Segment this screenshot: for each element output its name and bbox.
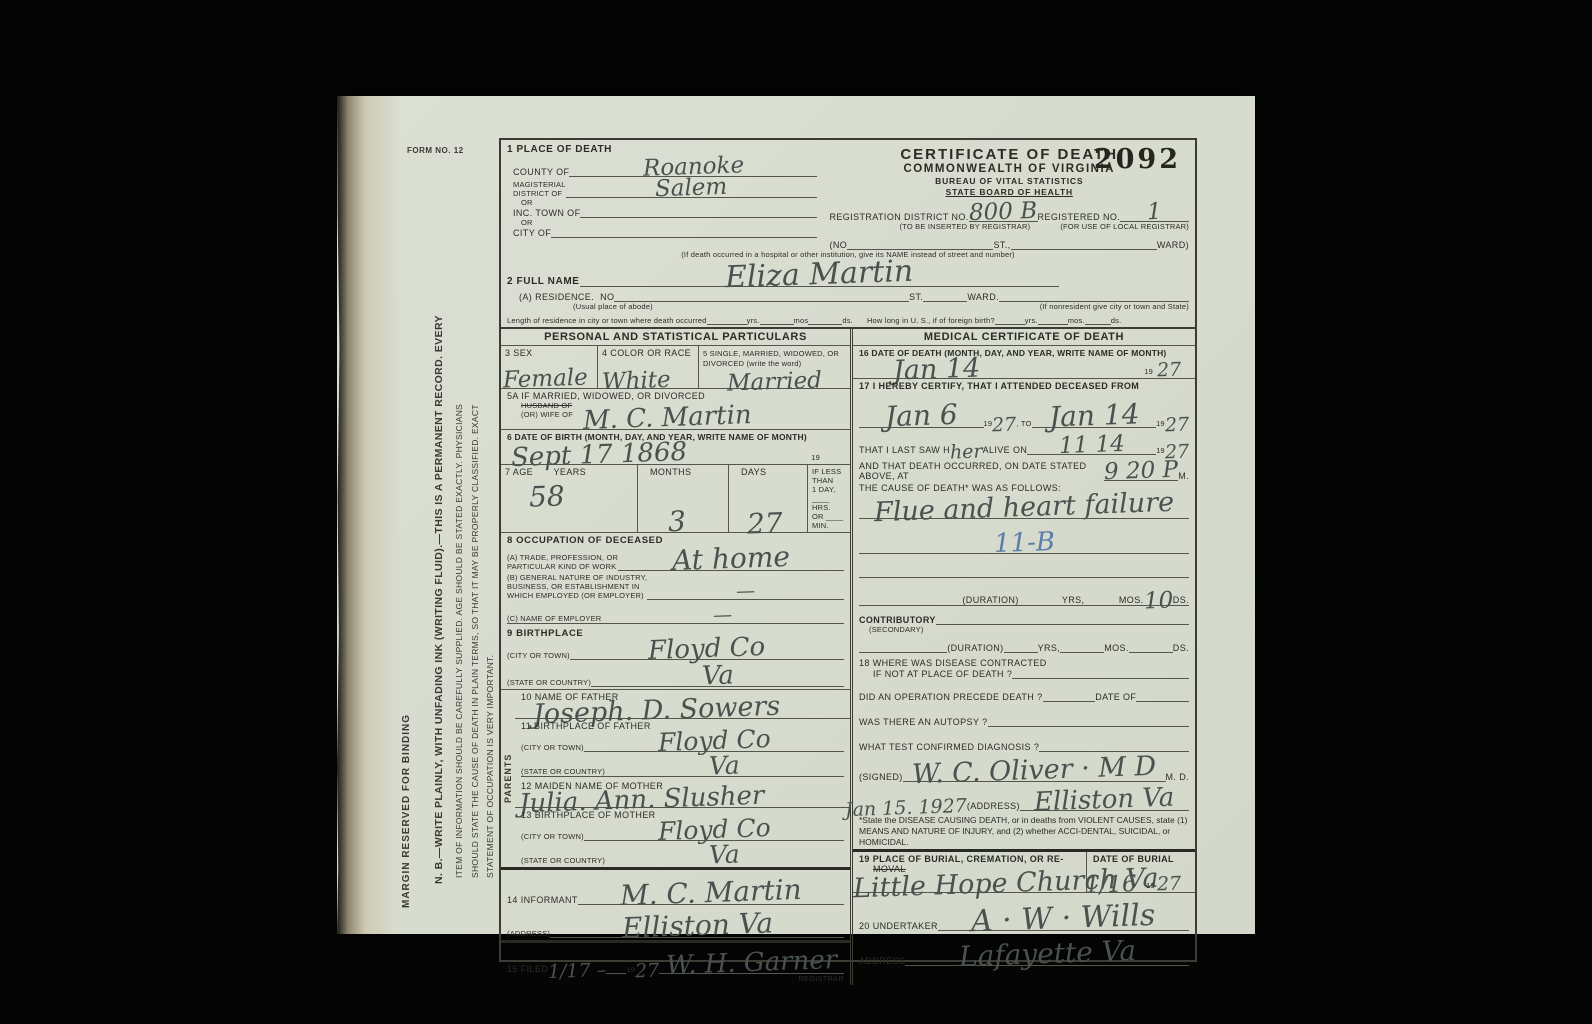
informant-address-value: Elliston Va (621, 912, 773, 940)
personal-particulars-column: PERSONAL AND STATISTICAL PARTICULARS 3 S… (501, 329, 850, 985)
attended-to-year: 27 (1165, 417, 1190, 433)
undertaker-row: 20 UNDERTAKER A · W · Wills ADDRESS Lafa… (853, 893, 1195, 968)
marital-cell: 5 SINGLE, MARRIED, WIDOWED, OR DIVORCED … (698, 346, 850, 388)
margin-nb-line4: STATEMENT OF OCCUPATION IS VERY IMPORTAN… (485, 655, 495, 878)
contributory-label: CONTRIBUTORY (859, 615, 936, 625)
attended-from-year: 27 (992, 417, 1017, 433)
abode-note: (Usual place of abode) (573, 302, 653, 311)
informant-address-label: (ADDRESS) (507, 929, 550, 938)
filed-year-value: 27 (635, 963, 660, 979)
occupation-row: 8 OCCUPATION OF DECEASED (A) TRADE, PROF… (501, 533, 850, 626)
yrs-label: yrs. (747, 316, 760, 325)
bp-city-value: Floyd Co (648, 637, 766, 662)
certificate-form: 1 PLACE OF DEATH COUNTY OF Roanoke MAGIS… (499, 138, 1197, 962)
dob-year-prefix: 19 (811, 453, 820, 462)
city-line (551, 227, 817, 238)
ds-label: ds. (842, 316, 853, 325)
undertaker-label: 20 UNDERTAKER (859, 921, 938, 931)
secondary-label: (SECONDARY) (869, 625, 1189, 634)
spouse-value: M. C. Martin (583, 405, 752, 432)
county-label: COUNTY OF (513, 167, 569, 177)
st-line (1011, 239, 1157, 250)
inc-town-line (580, 207, 817, 218)
certificate-paper: FORM NO. 12 MARGIN RESERVED FOR BINDING … (337, 96, 1255, 934)
registered-no-label: REGISTERED NO. (1038, 212, 1121, 222)
magisterial-label: MAGISTERIAL DISTRICT OF (513, 180, 566, 198)
occupation-line: At home (618, 548, 844, 571)
length-residence-label: Length of residence in city or town wher… (507, 316, 707, 325)
undertaker-address-label: ADDRESS (859, 956, 905, 966)
date-of-death-row: 16 DATE OF DEATH (MONTH, DAY, AND YEAR, … (853, 346, 1195, 379)
yrs2-label: yrs. (1025, 316, 1038, 325)
personal-header: PERSONAL AND STATISTICAL PARTICULARS (501, 329, 850, 346)
undertaker-address-value: Lafayette Va (958, 940, 1136, 969)
registrar-signature: W. H. Garner (666, 950, 838, 977)
last-saw-pronoun: her (950, 444, 983, 460)
filed-row: 15 FILED 1/17 – 19 27 W. H. Garner REGIS… (501, 943, 850, 985)
age-days-cell: DAYS 27 (728, 465, 807, 532)
registration-district-value: 800 B (969, 202, 1038, 223)
signed-label: (SIGNED) (859, 772, 903, 782)
city-label: CITY OF (513, 228, 551, 238)
margin-nb-line2: ITEM OF INFORMATION SHOULD BE CAREFULLY … (454, 404, 464, 878)
last-saw-date-value: 11 14 (1058, 435, 1124, 456)
no-paren-label: (NO (829, 240, 847, 250)
ward-paren-label: WARD) (1157, 240, 1189, 250)
residence-ward-line (999, 291, 1189, 302)
residence-no-label: NO (600, 292, 614, 302)
informant-value: M. C. Martin (620, 879, 802, 908)
margin-nb-line1: N. B.—WRITE PLAINLY, WITH UNFADING INK (… (433, 315, 445, 884)
industry-value: — (736, 584, 756, 600)
full-name-line: Eliza Martin (580, 263, 1059, 287)
district-line: Salem (566, 179, 818, 198)
industry-line: — (647, 584, 844, 600)
mos-label: mos (794, 316, 809, 325)
employer-value: — (713, 608, 733, 624)
dod-year-value: 27 (1157, 362, 1182, 378)
dob-row: 6 DATE OF BIRTH (MONTH, DAY, AND YEAR, W… (501, 430, 850, 465)
informant-row: 14 INFORMANT M. C. Martin (ADDRESS) Elli… (501, 870, 850, 940)
board-line: STATE BOARD OF HEALTH (823, 187, 1195, 197)
burial-date-value: 1/16 (1085, 875, 1137, 895)
mother-bp-row: 13 BIRTHPLACE OF MOTHER (CITY OR TOWN) F… (515, 808, 850, 867)
bp-city-label: (CITY OR TOWN) (507, 651, 570, 660)
father-row: 10 NAME OF FATHER Joseph. D. Sowers (515, 690, 850, 719)
color-cell: 4 COLOR OR RACE White (597, 346, 698, 388)
bp-city-line: Floyd Co (570, 639, 844, 660)
residence-no-line (614, 291, 909, 302)
bp-state-label: (STATE OR COUNTRY) (507, 678, 591, 687)
foreign-birth-label: How long in U. S., if of foreign birth? (867, 316, 995, 325)
physician-signature: W. C. Oliver · M D (912, 756, 1157, 786)
residence-ward-label: WARD. (967, 292, 999, 302)
autopsy-label: WAS THERE AN AUTOPSY ? (859, 717, 988, 727)
medical-certificate-column: MEDICAL CERTIFICATE OF DEATH 16 DATE OF … (850, 329, 1195, 985)
place-of-death-heading: 1 PLACE OF DEATH (507, 144, 823, 155)
certify-row: 17 I HEREBY CERTIFY, THAT I ATTENDED DEC… (853, 379, 1195, 495)
age-years-value: 58 (529, 485, 565, 509)
nonresident-note: (If nonresident give city or town and St… (1040, 302, 1189, 311)
age-months-cell: MONTHS 3 (637, 465, 728, 532)
attended-from-value: Jan 6 (885, 404, 958, 429)
father-bp-city-value: Floyd Co (657, 729, 770, 753)
cause-code-value: 11-B (993, 532, 1055, 555)
death-time-value: 9 20 P (1104, 461, 1179, 482)
age-row: 7 AGE YEARS 58 MONTHS 3 DAYS 27 (501, 465, 850, 533)
if-less-cell: IF LESS THAN 1 DAY, ____ HRS. OR ____ MI… (807, 465, 850, 532)
or-label-2: OR (521, 218, 823, 227)
bureau-line: BUREAU OF VITAL STATISTICS (823, 176, 1195, 186)
registration-district-line: 800 B (969, 203, 1038, 222)
bp-state-line: Va (591, 666, 844, 687)
residence-st-label: ST. (909, 292, 923, 302)
district-value: Salem (655, 178, 728, 199)
sex-value: Female (503, 368, 588, 389)
parents-section: PARENTS 10 NAME OF FATHER Joseph. D. Sow… (501, 690, 850, 867)
no-line (847, 239, 993, 250)
margin-binding-note: MARGIN RESERVED FOR BINDING (401, 714, 412, 908)
occupation-value: At home (672, 546, 791, 572)
cause-of-death-lines: Flue and heart failure 11-B (DURATION) Y… (853, 495, 1195, 608)
sex-cell: 3 SEX Female (501, 346, 597, 388)
inc-town-label: INC. TOWN OF (513, 208, 580, 218)
test-label: WHAT TEST CONFIRMED DIAGNOSIS ? (859, 742, 1039, 752)
registered-no-value: 1 (1147, 203, 1162, 222)
st-label: ST., (993, 240, 1010, 250)
age-months-value: 3 (668, 510, 687, 533)
father-bp-row: 11 BIRTHPLACE OF FATHER (CITY OR TOWN) F… (515, 719, 850, 779)
contributory-row: CONTRIBUTORY (SECONDARY) (DURATION) YRS,… (853, 608, 1195, 813)
where-contracted-label: 18 WHERE WAS DISEASE CONTRACTED (859, 658, 1189, 668)
signed-date-value: Jan 15. 1927 (845, 799, 967, 818)
full-name-value: Eliza Martin (725, 260, 914, 291)
place-of-death-block: 1 PLACE OF DEATH COUNTY OF Roanoke MAGIS… (501, 140, 823, 250)
bp-state-value: Va (701, 665, 734, 687)
residence-st-line (923, 291, 967, 302)
employer-label: (C) NAME OF EMPLOYER (507, 614, 601, 623)
top-block: 1 PLACE OF DEATH COUNTY OF Roanoke MAGIS… (501, 140, 1195, 250)
cause-value: Flue and heart failure (874, 492, 1175, 524)
torn-binding-edge (337, 96, 399, 934)
full-name-label: 2 FULL NAME (507, 276, 580, 287)
birthplace-row: 9 BIRTHPLACE (CITY OR TOWN) Floyd Co (ST… (501, 626, 850, 690)
informant-label: 14 INFORMANT (507, 895, 578, 905)
burial-row: 19 PLACE OF BURIAL, CREMATION, OR RE- MO… (853, 852, 1195, 893)
residence-label: (A) RESIDENCE. (519, 292, 594, 302)
photo-background: FORM NO. 12 MARGIN RESERVED FOR BINDING … (0, 0, 1592, 1024)
undertaker-value: A · W · Wills (971, 904, 1156, 934)
parents-vertical-label: PARENTS (501, 690, 515, 867)
spouse-row: 5A IF MARRIED, WIDOWED, OR DIVORCED HUSB… (501, 389, 850, 430)
age-years-cell: 7 AGE YEARS 58 (501, 465, 637, 507)
attended-to-value: Jan 14 (1048, 403, 1139, 429)
registration-district-label: REGISTRATION DISTRICT NO. (829, 212, 968, 222)
physician-address-value: Elliston Va (1034, 788, 1175, 814)
mother-row: 12 MAIDEN NAME OF MOTHER Julia. Ann. Slu… (515, 779, 850, 808)
form-number: FORM NO. 12 (407, 146, 464, 155)
mother-bp-city-value: Floyd Co (657, 818, 770, 842)
certificate-number: 2092 (1094, 144, 1181, 175)
mos2-label: mos. (1068, 316, 1085, 325)
certificate-header: 2092 CERTIFICATE OF DEATH COMMONWEALTH O… (823, 140, 1195, 250)
ds2-label: ds. (1111, 316, 1122, 325)
registered-no-line: 1 (1120, 203, 1189, 222)
local-registrar-note: (FOR USE OF LOCAL REGISTRAR) (1060, 222, 1189, 231)
filed-date-value: 1/17 – (548, 963, 607, 980)
father-bp-state-value: Va (709, 755, 740, 776)
mother-bp-state-value: Va (709, 844, 740, 865)
filed-label: 15 FILED (507, 964, 548, 974)
medical-header: MEDICAL CERTIFICATE OF DEATH (853, 329, 1195, 346)
burial-year-value: 27 (1157, 877, 1182, 893)
margin-nb-line3: SHOULD STATE THE CAUSE OF DEATH IN PLAIN… (470, 404, 480, 878)
operation-label: DID AN OPERATION PRECEDE DEATH ? (859, 692, 1043, 702)
